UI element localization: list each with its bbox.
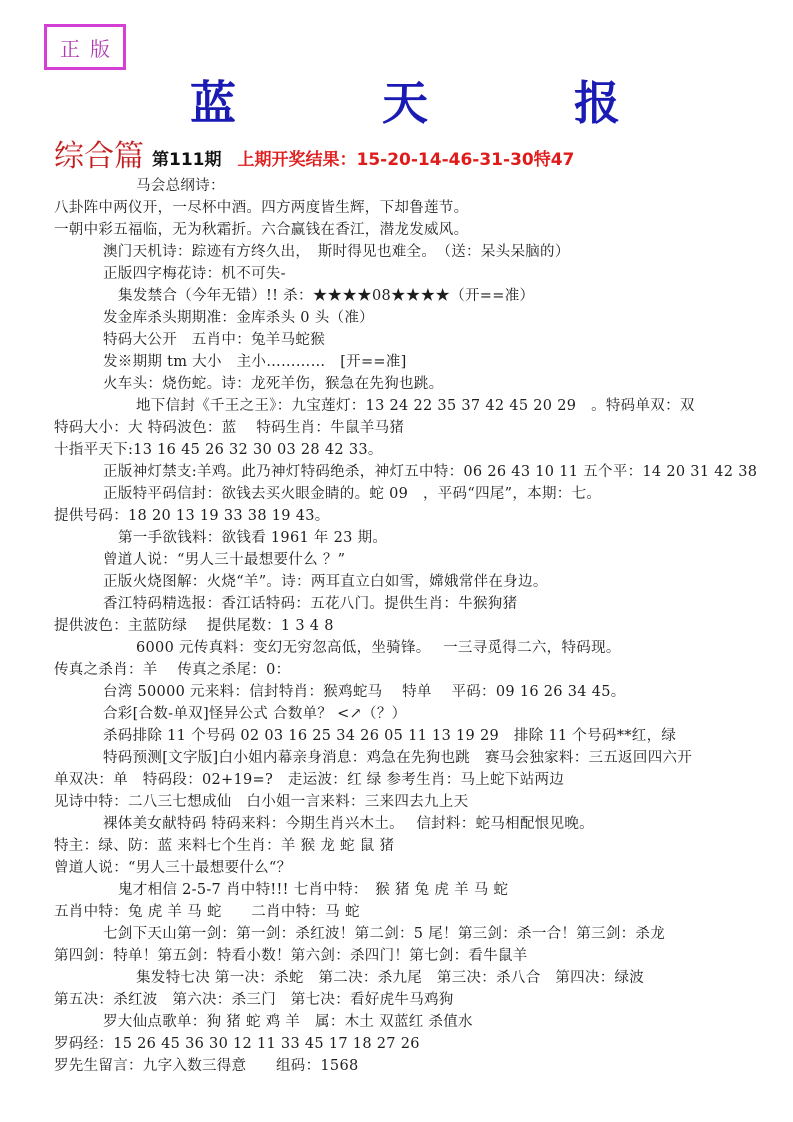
masthead-char-1: 蓝 [190, 67, 236, 133]
text-line: 十指平天下:13 16 45 26 32 30 03 28 42 33。 [54, 440, 383, 460]
badge-char-right: 版 [90, 33, 110, 62]
text-line: 马会总纲诗： [136, 176, 225, 196]
section-title: 综合篇 [54, 139, 144, 175]
text-line: 发金库杀头期期准：金库杀头 0 头（准） [103, 308, 374, 328]
text-line: 发※期期 tm 大小 主小………… [开==准] [103, 352, 407, 372]
text-line: 正版火烧图解：火烧“羊”。诗：两耳直立白如雪，嫦娥常伴在身边。 [103, 572, 548, 592]
text-line: 曾道人说：“男人三十最想要什么 ？” [103, 550, 345, 570]
text-line: 杀码排除 11 个号码 02 03 16 25 34 26 05 11 13 1… [103, 726, 676, 746]
text-line: 第四剑：特单！第五剑：特看小数！第六剑：杀四门！第七剑：看牛鼠羊 [54, 946, 528, 966]
text-line: 单双决：单 特码段：02+19=? 走运波：红 绿 参考生肖：马上蛇下站两边 [54, 770, 564, 790]
text-line: 特码预测[文字版]白小姐内幕亲身消息：鸡急在先狗也跳 赛马会独家料：三五返回四六… [103, 748, 692, 768]
text-line: 曾道人说：“男人三十最想要什么“？ [54, 858, 291, 878]
text-line: 八卦阵中两仪开，一尽杯中酒。四方两度皆生辉，下却鲁莲节。 [54, 198, 468, 218]
badge-char-left: 正 [60, 33, 80, 62]
text-line: 正版四字梅花诗：机不可失- [103, 264, 286, 284]
text-line: 正版神灯禁支:羊鸡。此乃神灯特码绝杀，神灯五中特：06 26 43 10 11 … [103, 462, 757, 482]
text-line: 第一手欲钱料：欲钱看 1961 年 23 期。 [118, 528, 387, 548]
masthead-title: 蓝 天 报 [190, 70, 620, 130]
text-line: 集发禁合（今年无错）!! 杀：★★★★08★★★★（开==准） [118, 286, 534, 306]
text-line: 地下信封《千王之王》：九宝莲灯：13 24 22 35 37 42 45 20 … [136, 396, 695, 416]
text-line: 第五决：杀红波 第六决：杀三门 第七决：看好虎牛马鸡狗 [54, 990, 454, 1010]
text-line: 一朝中彩五福临，无为秋霜折。六合赢钱在香江，潜龙发威风。 [54, 220, 468, 240]
text-line: 火车头：烧伤蛇。诗：龙死羊伤，猴急在先狗也跳。 [103, 374, 443, 394]
text-line: 提供波色：主蓝防绿 提供尾数：1 3 4 8 [54, 616, 334, 636]
text-line: 罗码经：15 26 45 36 30 12 11 33 45 17 18 27 … [54, 1034, 420, 1054]
text-line: 七剑下天山第一剑：第一剑：杀红波！第二剑：5 尾！第三剑：杀一合！第三剑：杀龙 [103, 924, 665, 944]
issue-number: 第111期 [152, 145, 222, 175]
text-line: 特码大小：大 特码波色：蓝 特码生肖：牛鼠羊马猪 [54, 418, 404, 438]
text-line: 6000 元传真料：变幻无穷忽高低，坐骑锋。 一三寻觅得二六，特码现。 [136, 638, 621, 658]
text-line: 罗大仙点歌单：狗 猪 蛇 鸡 羊 属：木土 双蓝红 杀值水 [103, 1012, 473, 1032]
masthead-char-3: 报 [574, 67, 620, 133]
text-line: 五肖中特：兔 虎 羊 马 蛇 二肖中特：马 蛇 [54, 902, 360, 922]
text-line: 澳门天机诗：踪迹有方终久出， 斯时得见也难全。 （送：呆头呆脑的） [103, 242, 570, 262]
last-draw-result: 上期开奖结果：15-20-14-46-31-30特47 [238, 145, 575, 175]
text-line: 香江特码精选报：香江话特码：五花八门。提供生肖：牛猴狗猪 [103, 594, 517, 614]
text-line: 见诗中特：二八三七想成仙 白小姐一言来料：三来四去九上天 [54, 792, 468, 812]
text-line: 合彩[合数-单双]怪异公式 合数单？ <↗（？） [103, 704, 406, 724]
text-line: 鬼才相信 2-5-7 肖中特!!! 七肖中特： 猴 猪 兔 虎 羊 马 蛇 [118, 880, 508, 900]
text-line: 特主：绿、防：蓝 来料七个生肖：羊 猴 龙 蛇 鼠 猪 [54, 836, 394, 856]
text-line: 罗先生留言：九字入数三得意 组码：1568 [54, 1056, 359, 1076]
text-line: 台湾 50000 元来料：信封特肖：猴鸡蛇马 特单 平码：09 16 26 34… [103, 682, 626, 702]
text-line: 集发特七决 第一决：杀蛇 第二决：杀九尾 第三决：杀八合 第四决：绿波 [136, 968, 644, 988]
text-line: 传真之杀肖：羊 传真之杀尾：0： [54, 660, 290, 680]
text-line: 正版特平码信封：欲钱去买火眼金睛的。蛇 09 ，平码“四尾”，本期：七。 [103, 484, 601, 504]
masthead-char-2: 天 [382, 67, 428, 133]
text-line: 提供号码：18 20 13 19 33 38 19 43。 [54, 506, 330, 526]
authentic-badge: 正 版 [44, 24, 126, 70]
headline-row: 综合篇 第111期 上期开奖结果：15-20-14-46-31-30特47 [54, 137, 574, 175]
text-line: 裸体美女献特码 特码来料：今期生肖兴木土。 信封料：蛇马相配恨见晚。 [103, 814, 594, 834]
text-line: 特码大公开 五肖中：兔羊马蛇猴 [103, 330, 325, 350]
